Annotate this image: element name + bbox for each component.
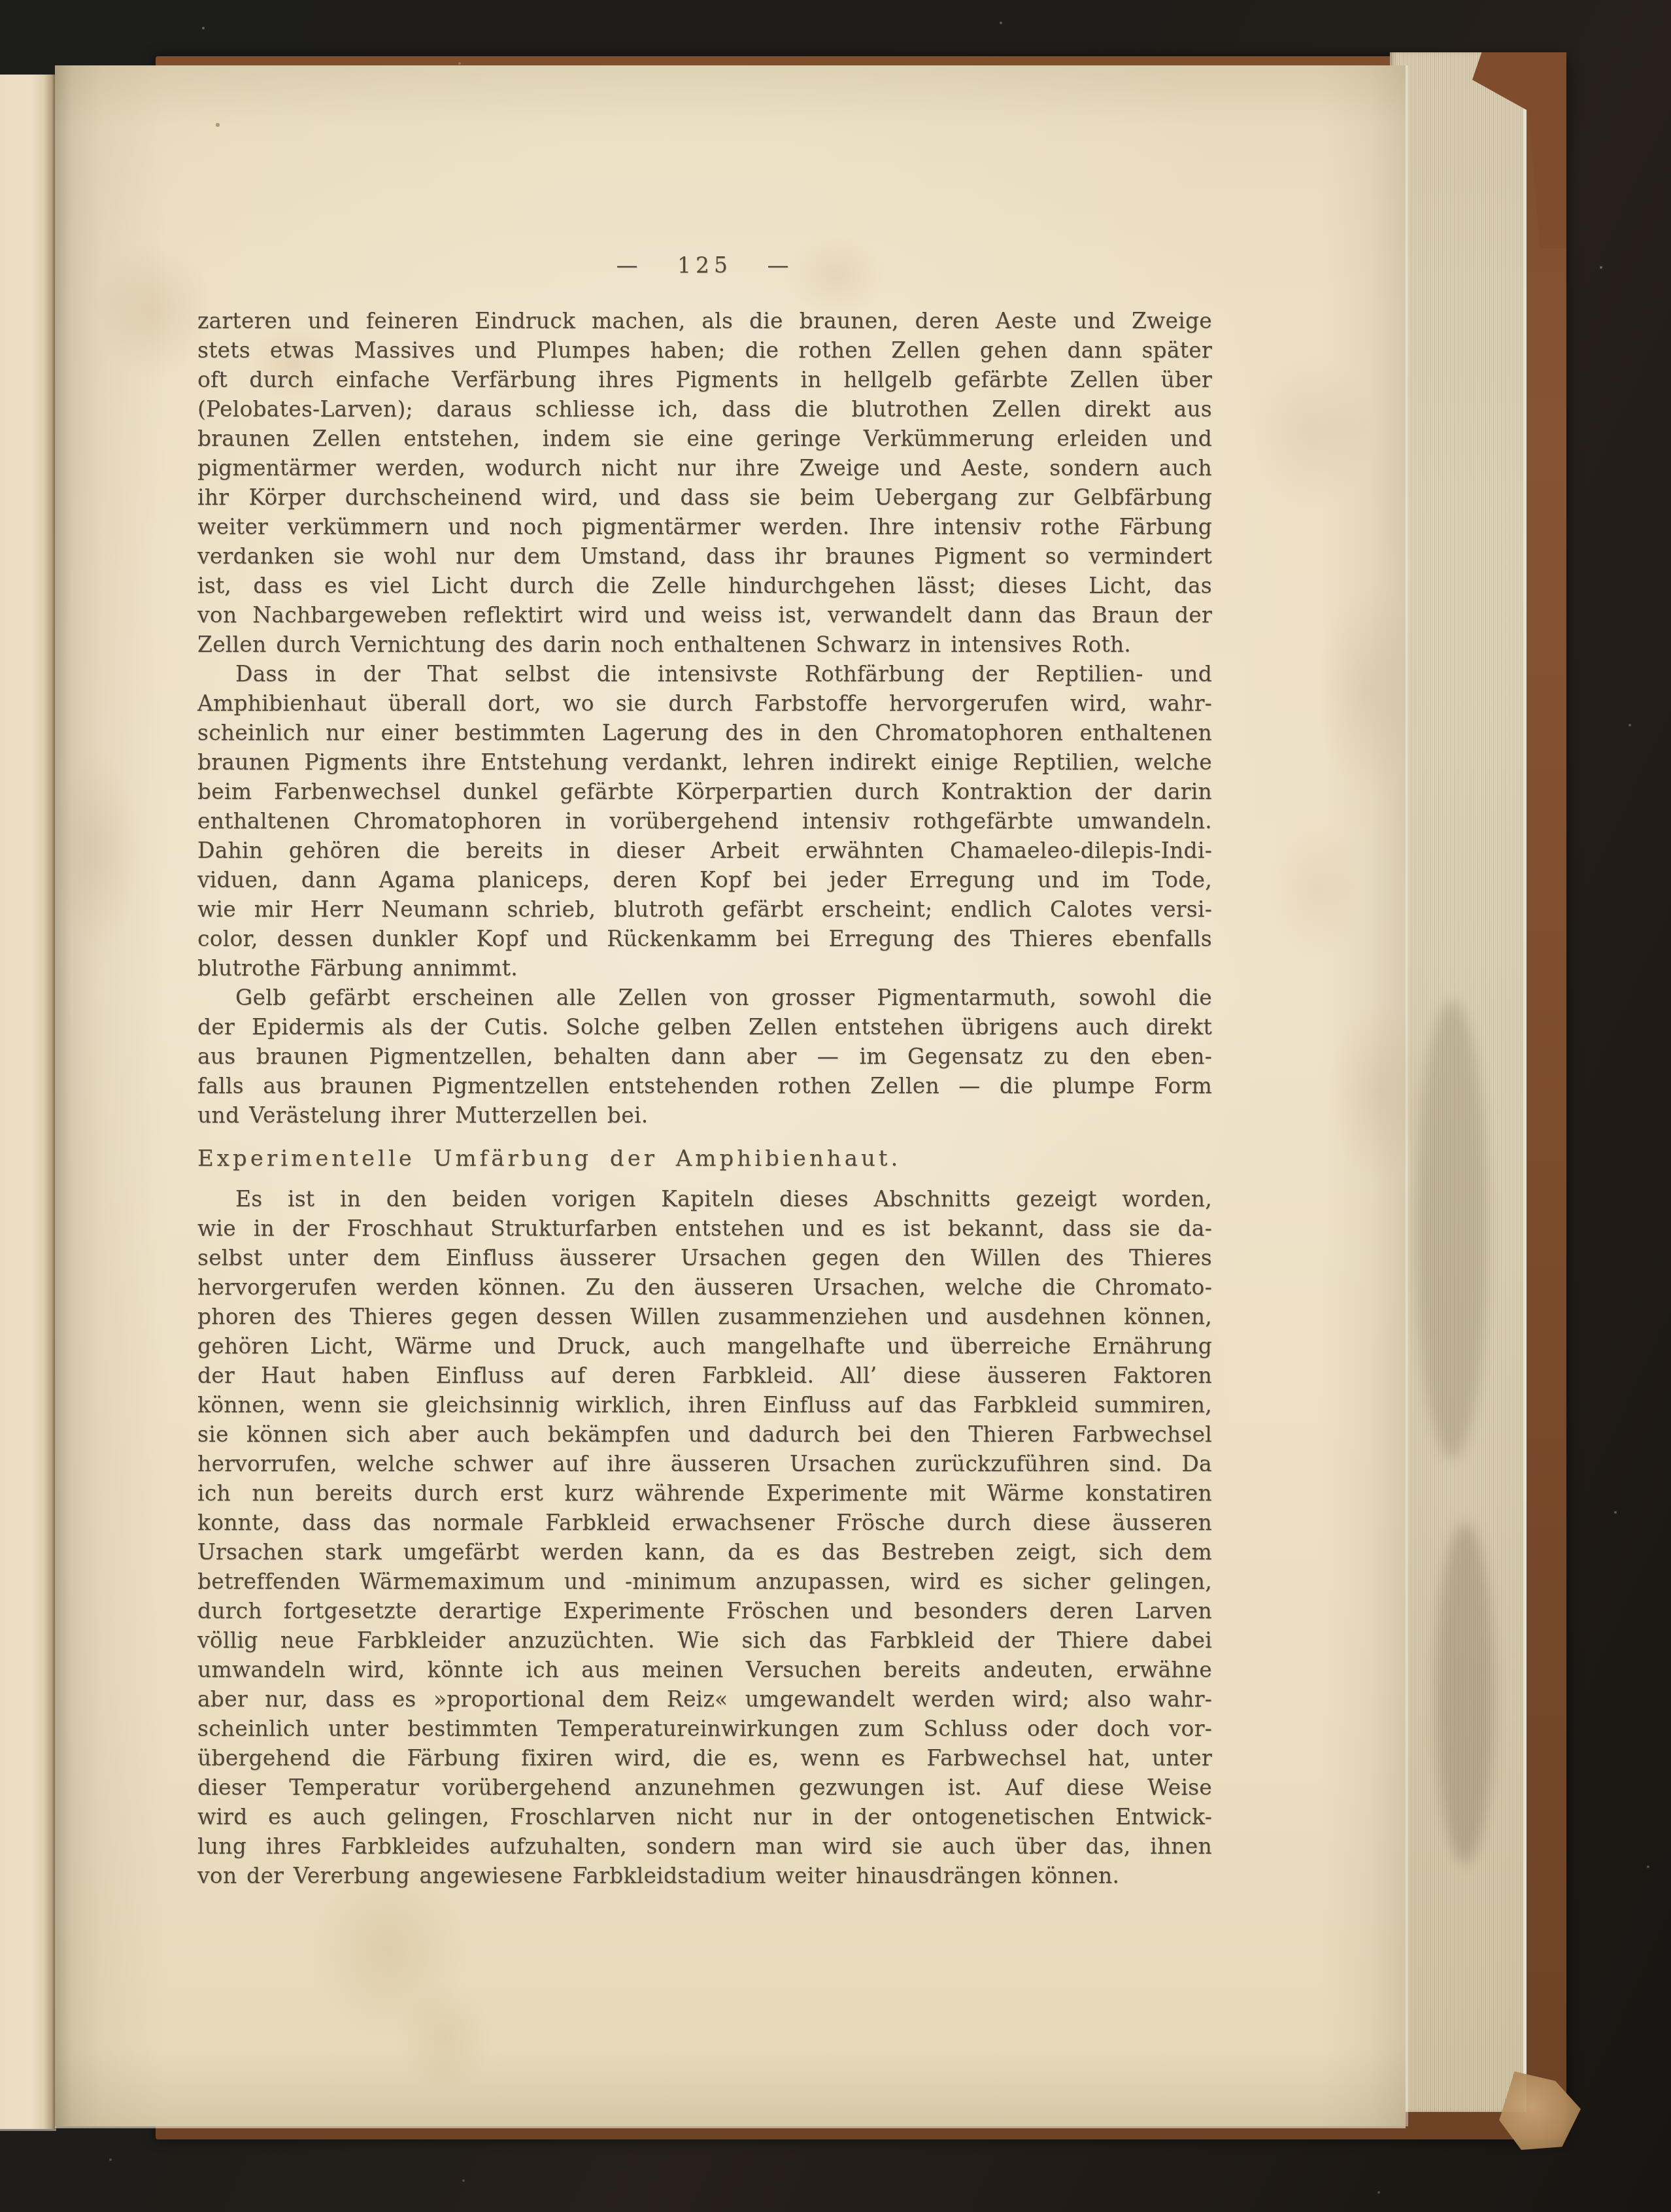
text-line: durch fortgesetzte derartige Experimente… (197, 1596, 1212, 1625)
text-line: können, wenn sie gleichsinnig wirklich, … (197, 1390, 1212, 1420)
paragraph: Dass in der That selbst die intensivste … (197, 659, 1212, 983)
text-line: ich nun bereits durch erst kurz währende… (197, 1478, 1212, 1508)
text-line: von Nachbargeweben reflektirt wird und w… (197, 600, 1212, 630)
text-line: übergehend die Färbung fixiren wird, die… (197, 1743, 1212, 1773)
text-line: aus braunen Pigmentzellen, behalten dann… (197, 1042, 1212, 1071)
page-stack-fore-edge (1390, 52, 1527, 2112)
text-line: und Verästelung ihrer Mutterzellen bei. (197, 1100, 1212, 1130)
text-line: viduen, dann Agama planiceps, deren Kopf… (197, 865, 1212, 894)
fore-edge-smudge (1416, 1000, 1488, 1458)
dust-specks (0, 0, 1, 1)
text-line: völlig neue Farbkleider anzuzüchten. Wie… (197, 1625, 1212, 1655)
stain (94, 242, 212, 379)
page-number: — 125 — (197, 252, 1212, 278)
text-line: color, dessen dunkler Kopf und Rückenkam… (197, 924, 1212, 953)
text-line: ist, dass es viel Licht durch die Zelle … (197, 571, 1212, 600)
stain (395, 1981, 493, 2092)
text-line: enthaltenen Chromatophoren in vorübergeh… (197, 806, 1212, 836)
text-line: Zellen durch Vernichtung des darin noch … (197, 630, 1212, 659)
stain (1271, 817, 1362, 961)
text-line: braunen Zellen entstehen, indem sie eine… (197, 424, 1212, 453)
page-text: zarteren und feineren Eindruck machen, a… (197, 306, 1212, 1890)
text-line: Dahin gehören die bereits in dieser Arbe… (197, 836, 1212, 865)
stain (55, 752, 140, 948)
text-line: der Haut haben Einfluss auf deren Farbkl… (197, 1361, 1212, 1390)
paragraph: Gelb gefärbt erscheinen alle Zellen von … (197, 983, 1212, 1130)
text-line: von der Vererbung angewiesene Farbkleids… (197, 1861, 1212, 1890)
text-line: ihr Körper durchscheinend wird, und dass… (197, 483, 1212, 512)
text-line: der Epidermis als der Cutis. Solche gelb… (197, 1012, 1212, 1042)
text-line: scheinlich unter bestimmten Temperaturei… (197, 1714, 1212, 1743)
text-line: stets etwas Massives und Plumpes haben; … (197, 335, 1212, 365)
text-line: umwandeln wird, könnte ich aus meinen Ve… (197, 1655, 1212, 1684)
text-line: weiter verkümmern und noch pigmentärmer … (197, 512, 1212, 541)
text-line: Es ist in den beiden vorigen Kapiteln di… (197, 1184, 1212, 1214)
text-line: beim Farbenwechsel dunkel gefärbte Körpe… (197, 777, 1212, 806)
gutter-page-edge (0, 75, 56, 2129)
text-line: aber nur, dass es »proportional dem Reiz… (197, 1684, 1212, 1714)
paragraph: Es ist in den beiden vorigen Kapiteln di… (197, 1184, 1212, 1890)
fore-edge-smudge (1436, 1523, 1494, 1863)
text-line: Ursachen stark umgefärbt werden kann, da… (197, 1537, 1212, 1567)
text-line: lung ihres Farbkleides aufzuhalten, sond… (197, 1831, 1212, 1861)
text-line: blutrothe Färbung annimmt. (197, 953, 1212, 983)
text-line: selbst unter dem Einfluss äusserer Ursac… (197, 1243, 1212, 1272)
scanned-book-photo: — 125 — zarteren und feineren Eindruck m… (0, 0, 1671, 2212)
text-line: braunen Pigments ihre Entstehung verdank… (197, 747, 1212, 777)
text-line: wie mir Herr Neumann schrieb, blutroth g… (197, 894, 1212, 924)
text-line: Amphibienhaut überall dort, wo sie durch… (197, 689, 1212, 718)
text-line: (Pelobates-Larven); daraus schliesse ich… (197, 394, 1212, 424)
text-line: Gelb gefärbt erscheinen alle Zellen von … (197, 983, 1212, 1012)
section-heading: Experimentelle Umfärbung der Amphibienha… (197, 1144, 1212, 1174)
text-line: dieser Temperatur vorübergehend anzunehm… (197, 1773, 1212, 1802)
text-line: betreffenden Wärmemaximum und -minimum a… (197, 1567, 1212, 1596)
text-line: hervorrufen, welche schwer auf ihre äuss… (197, 1449, 1212, 1478)
text-line: falls aus braunen Pigmentzellen entstehe… (197, 1071, 1212, 1100)
text-line: wie in der Froschhaut Strukturfarben ent… (197, 1214, 1212, 1243)
text-line: gehören Licht, Wärme und Druck, auch man… (197, 1331, 1212, 1361)
text-line: phoren des Thieres gegen dessen Willen z… (197, 1302, 1212, 1331)
paragraph: zarteren und feineren Eindruck machen, a… (197, 306, 1212, 659)
text-line: sie können sich aber auch bekämpfen und … (197, 1420, 1212, 1449)
text-line: oft durch einfache Verfärbung ihres Pigm… (197, 365, 1212, 394)
text-line: verdanken sie wohl nur dem Umstand, dass… (197, 541, 1212, 571)
text-line: konnte, dass das normale Farbkleid erwac… (197, 1508, 1212, 1537)
text-line: pigmentärmer werden, wodurch nicht nur i… (197, 453, 1212, 483)
text-line: scheinlich nur einer bestimmten Lagerung… (197, 718, 1212, 747)
text-line: zarteren und feineren Eindruck machen, a… (197, 306, 1212, 335)
text-line: wird es auch gelingen, Froschlarven nich… (197, 1802, 1212, 1831)
stain (1251, 353, 1376, 510)
text-line: Dass in der That selbst die intensivste … (197, 659, 1212, 689)
text-line: hervorgerufen werden können. Zu den äuss… (197, 1272, 1212, 1302)
